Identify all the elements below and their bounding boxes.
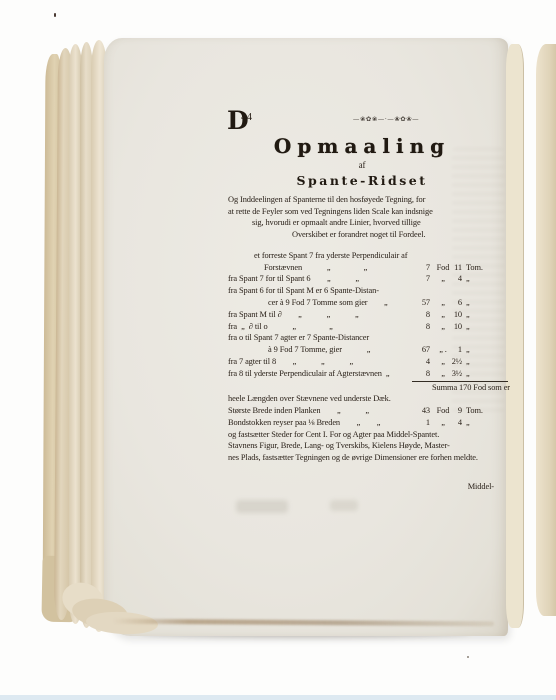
measure-row: fra o til Spant 7 agter er 7 Spante-Dist… [228,332,496,344]
measure-row: Forstævnen „ „7Fod11Tom. [228,262,496,274]
backdrop-speck [467,656,469,658]
measure-tu: „ [466,344,496,356]
measure-row: fra Spant 6 for til Spant M er 6 Spante-… [228,285,496,297]
intro-line: sig, hvorudi er opmaalt andre Linier, hv… [228,217,496,229]
page-right-fold [506,44,524,628]
measure-t: 10 [446,309,462,321]
measure-t: 10 [446,321,462,333]
measure-f: 1 [396,417,430,429]
measure-f: 43 [396,405,430,417]
measure-tu: „ [466,321,496,333]
measure-tu: Tom. [466,405,496,417]
measure-row: fra 7 agter til 8 „ „ „4„2½„ [228,356,496,368]
measure-tu: „ [466,297,496,309]
closing-line: Stavnens Figur, Brede, Lang- og Tverskib… [228,440,496,452]
measure-description: fra Spant 6 for til Spant M er 6 Spante-… [228,286,379,295]
measure-description: fra 8 til yderste Perpendiculair af Agte… [228,369,390,378]
running-header: 44 —❀✿❀—·—❀✿❀— [228,112,496,126]
measure-tu: Tom. [466,262,496,274]
measure-row: Største Brede inden Planken „ „43Fod9Tom… [228,405,496,417]
dropcap-initial: D [227,108,249,134]
measure-tu: „ [466,273,496,285]
intro-line: Og Inddeelingen af Spanterne til den hos… [228,194,496,206]
measure-f: 7 [396,262,430,274]
intro-paragraph: Og Inddeelingen af Spanterne til den hos… [228,194,496,241]
measure-table-lower: Største Brede inden Planken „ „43Fod9Tom… [228,405,496,429]
measure-t: 4 [446,273,462,285]
measure-tu: „ [466,356,496,368]
measure-f: 8 [396,321,430,333]
closing-line: og fastsætter Steder for Cent I. For og … [228,429,496,441]
backdrop-speck [54,13,56,17]
measure-f: 67 [396,344,430,356]
intro-line: Overskibet er forandret noget til Fordee… [228,229,496,241]
scan-edge-strip [0,695,556,700]
book-photograph: 44 —❀✿❀—·—❀✿❀— Opmaaling af Spante-Ridse… [0,0,556,700]
measure-description: Største Brede inden Planken „ „ [228,406,369,415]
measure-t: 11 [446,262,462,274]
measure-tu: „ [466,417,496,429]
measure-description: fra o til Spant 7 agter er 7 Spante-Dist… [228,333,369,342]
measure-f: 8 [396,309,430,321]
closing-line: nes Plads, fastsætter Tegningen og de øv… [228,452,496,464]
measure-t: 3½ [446,368,462,380]
measure-row: fra „ ∂ til o „ „8„10„ [228,321,496,333]
measure-f: 7 [396,273,430,285]
page-subtitle: Spante-Ridset [228,173,496,189]
measure-description: et forreste Spant 7 fra yderste Perpendi… [228,251,407,260]
measure-row: fra Spant 7 for til Spant 6 „ „7„4„ [228,273,496,285]
intro-line: at rette de Feyler som ved Tegningens li… [228,206,496,218]
measure-t: 4 [446,417,462,429]
measure-f: 57 [396,297,430,309]
summa-continuation: heele Længden over Stævnene ved underste… [228,393,496,405]
measure-description: fra „ ∂ til o „ „ [228,322,333,331]
measure-row: Bondstokken reyser paa ⅛ Breden „ „1„4„ [228,417,496,429]
measure-description: fra Spant M til ∂ „ „ „ [228,310,359,319]
measure-row: fra Spant M til ∂ „ „ „8„10„ [228,309,496,321]
measure-description: Forstævnen „ „ [228,263,367,272]
measure-description: fra 7 agter til 8 „ „ „ [228,357,353,366]
measure-t: 2½ [446,356,462,368]
measure-t: 6 [446,297,462,309]
measure-row: à 9 Fod 7 Tomme, gier „67„ .1„ [228,344,496,356]
measure-tu: „ [466,309,496,321]
opposite-leaf-edge [536,44,556,616]
measure-t: 1 [446,344,462,356]
measure-tu: „ [466,368,496,380]
printed-text-block: 44 —❀✿❀—·—❀✿❀— Opmaaling af Spante-Ridse… [228,112,496,532]
title-connector: af [228,160,496,171]
measure-t: 9 [446,405,462,417]
catchword: Middel- [228,481,496,493]
page-title: Opmaaling [228,134,496,158]
summa-line: Summa 170 Fod som er [228,382,510,394]
closing-paragraph: og fastsætter Steder for Cent I. For og … [228,429,496,464]
measure-f: 4 [396,356,430,368]
measure-f: 8 [396,368,430,380]
header-ornament-icon: —❀✿❀—·—❀✿❀— [332,114,440,126]
measure-row: fra 8 til yderste Perpendiculair af Agte… [228,368,496,380]
measure-description: Bondstokken reyser paa ⅛ Breden „ „ [228,418,380,427]
measure-description: fra Spant 7 for til Spant 6 „ „ [228,274,359,283]
measure-description: cer à 9 Fod 7 Tomme som gier „ [228,298,388,307]
measure-description: à 9 Fod 7 Tomme, gier „ [228,345,370,354]
measure-row: cer à 9 Fod 7 Tomme som gier „57„6„ [228,297,496,309]
measure-table-upper: D et forreste Spant 7 fra yderste Perpen… [228,250,496,380]
measure-row: et forreste Spant 7 fra yderste Perpendi… [228,250,496,262]
